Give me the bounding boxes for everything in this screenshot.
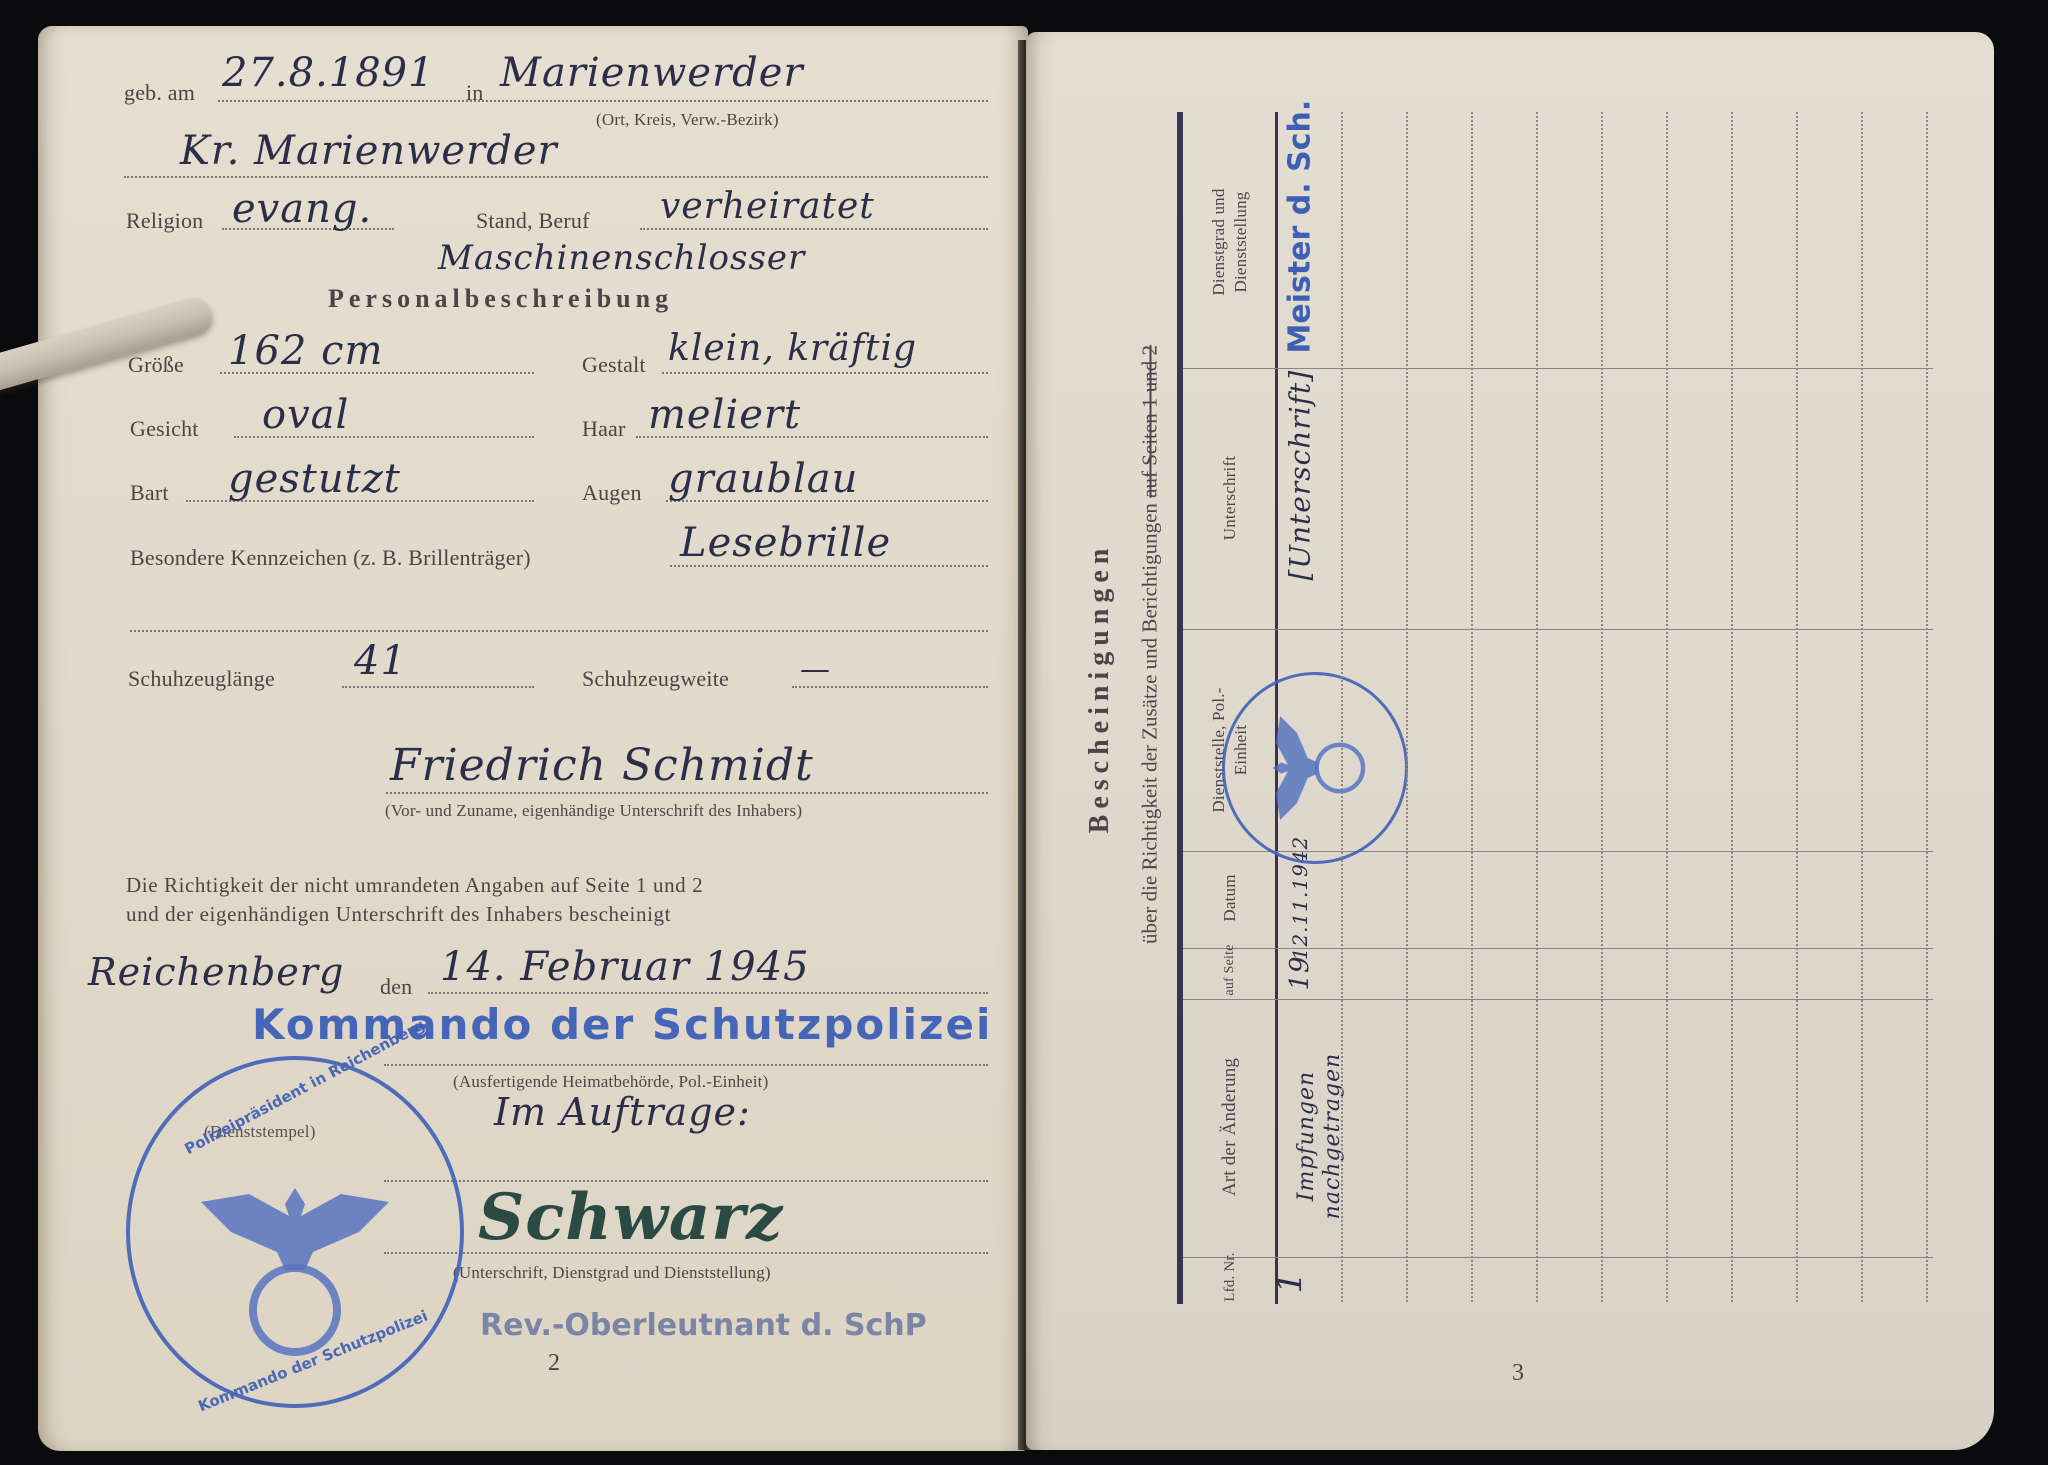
certifications-title: Bescheinigungen [1084, 518, 1116, 858]
birth-place: Marienwerder [500, 50, 804, 96]
right-eagle-emblem-icon [1257, 705, 1373, 831]
row1-rank-stamp: Meister d. Sch. [1283, 114, 1318, 354]
marital-status: verheiratet [660, 186, 875, 227]
col-header-number: Lfd. Nr. [1221, 1237, 1239, 1317]
born-label: geb. am [124, 80, 195, 106]
occupation-value: Maschinenschlosser [438, 238, 805, 278]
build-value: klein, kräftig [668, 328, 917, 369]
beard-label: Bart [130, 480, 169, 506]
page-number-left: 2 [548, 1350, 560, 1377]
official-signature-line [384, 1252, 988, 1254]
build-label: Gestalt [582, 352, 646, 378]
shoe-width-label: Schuhzeugweite [582, 666, 729, 692]
occupation-label: Stand, Beruf [476, 208, 590, 234]
col-divider-2 [1183, 629, 1933, 630]
row-line [1471, 112, 1473, 1302]
eyes-value: graublau [668, 456, 858, 502]
place-hint: (Ort, Kreis, Verw.-Bezirk) [596, 110, 779, 130]
subtitle-struck: auf Seiten 1 und 2 [1138, 345, 1162, 498]
hair-label: Haar [582, 416, 626, 442]
row-line [1536, 112, 1538, 1302]
row-line [1861, 112, 1863, 1302]
row-line [1601, 112, 1603, 1302]
table-left-border [1177, 112, 1183, 1304]
shoe-length-line [342, 686, 534, 688]
holder-signature-caption: (Vor- und Zuname, eigenhändige Unterschr… [385, 801, 802, 821]
special-marks-value: Lesebrille [680, 520, 891, 566]
issue-place: Reichenberg [88, 950, 344, 994]
born-in-label: in [466, 80, 484, 106]
build-line [662, 372, 988, 374]
row-line [1796, 112, 1798, 1302]
section-title-personal-description: Personalbeschreibung [328, 284, 673, 314]
eagle-emblem-icon [190, 1160, 400, 1370]
authority-stamp: Kommando der Schutzpolizei [252, 1000, 992, 1049]
issue-date: 14. Februar 1945 [440, 944, 810, 990]
row-line [1926, 112, 1928, 1302]
eyes-label: Augen [582, 480, 642, 506]
right-official-seal [1222, 672, 1408, 864]
shoe-width-value: — [800, 652, 831, 687]
row-line [1406, 112, 1408, 1302]
height-label: Größe [128, 352, 184, 378]
special-marks-label: Besondere Kennzeichen (z. B. Brillenträg… [130, 545, 531, 571]
district-line [124, 176, 988, 178]
rank-stamp: Rev.-Oberleutnant d. SchP [480, 1308, 927, 1343]
face-value: oval [262, 392, 349, 438]
holder-signature-line [386, 792, 988, 794]
born-line [218, 100, 988, 102]
date-den-label: den [380, 974, 412, 1000]
birth-date: 27.8.1891 [222, 50, 435, 96]
subtitle-main: über die Richtigkeit der Zusätze und Ber… [1138, 503, 1162, 944]
col-header-signature: Unterschrift [1220, 408, 1240, 588]
beard-value: gestutzt [228, 456, 401, 502]
on-behalf-text: Im Auftrage: [494, 1090, 751, 1134]
page-number-right: 3 [1512, 1360, 1524, 1387]
certifications-subtitle: über die Richtigkeit der Zusätze und Ber… [1138, 275, 1163, 1015]
certification-text-line1: Die Richtigkeit der nicht umrandeten Ang… [126, 873, 703, 898]
religion-label: Religion [126, 208, 203, 234]
hair-value: meliert [648, 392, 801, 438]
holder-signature: Friedrich Schmidt [390, 740, 814, 791]
row-line [1341, 112, 1343, 1302]
authority-caption: (Ausfertigende Heimatbehörde, Pol.-Einhe… [453, 1072, 768, 1092]
col-header-page: auf Seite [1222, 940, 1238, 1000]
issue-date-line [428, 992, 988, 994]
shoe-length-value: 41 [354, 638, 407, 684]
official-caption: (Unterschrift, Dienstgrad und Dienststel… [453, 1263, 771, 1283]
shoe-length-label: Schuhzeuglänge [128, 666, 275, 692]
right-page [1026, 32, 1994, 1450]
row1-signature: [Unterschrift] [1284, 421, 1317, 581]
col-header-rank: Dienstgrad und Dienststellung [1208, 162, 1252, 322]
birth-district: Kr. Marienwerder [180, 128, 558, 174]
row1-change-type: Impfungen nachgetragen [1294, 1006, 1346, 1266]
row-line [1666, 112, 1668, 1302]
religion-value: evang. [232, 186, 372, 232]
official-signature: Schwarz [478, 1180, 783, 1255]
extra-line [130, 630, 988, 632]
col-header-change-type: Art der Änderung [1219, 1037, 1241, 1217]
row-line [1731, 112, 1733, 1302]
certification-text-line2: und der eigenhändigen Unterschrift des I… [126, 902, 671, 927]
occupation-line [640, 228, 988, 230]
face-label: Gesicht [130, 416, 199, 442]
official-seal: (Dienststempel) Polizeipräsident in Reic… [126, 1056, 464, 1408]
authority-line [384, 1064, 988, 1066]
col-header-date: Datum [1220, 848, 1240, 948]
height-value: 162 cm [228, 328, 383, 374]
